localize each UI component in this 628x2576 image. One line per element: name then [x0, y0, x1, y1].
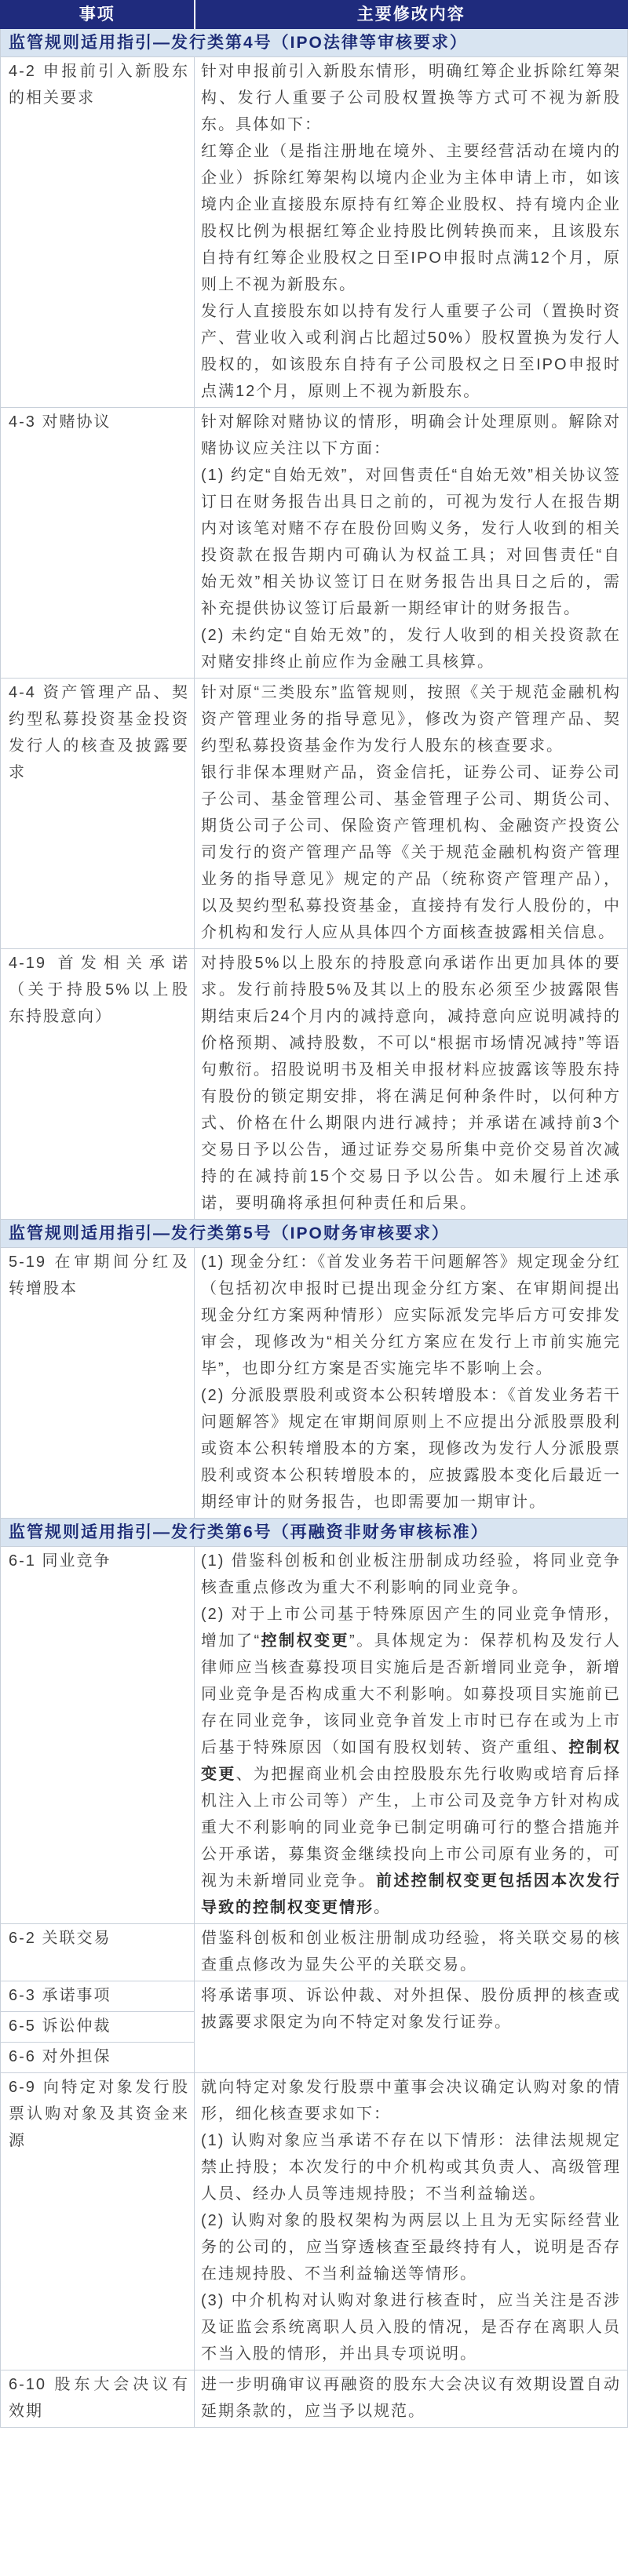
content-cell: 针对解除对赌协议的情形，明确会计处理原则。解除对赌协议应关注以下方面：(1) 约…: [195, 408, 628, 679]
content-paragraph: 针对申报前引入新股东情形，明确红筹企业拆除红筹架构、发行人重要子公司股权置换等方…: [201, 58, 621, 138]
item-cell: 4-2 申报前引入新股东的相关要求: [1, 57, 195, 408]
item-cell: 6-9 向特定对象发行股票认购对象及其资金来源: [1, 2073, 195, 2370]
content-cell: (1) 现金分红：《首发业务若干问题解答》规定现金分红（包括初次申报时已提出现金…: [195, 1248, 628, 1519]
item-cell: 6-5 诉讼仲裁: [1, 2012, 195, 2043]
item-cell: 5-19 在审期间分红及转增股本: [1, 1248, 195, 1519]
table-row: 6-2 关联交易借鉴科创板和创业板注册制成功经验，将关联交易的核查重点修改为显失…: [1, 1924, 628, 1981]
content-cell: 借鉴科创板和创业板注册制成功经验，将关联交易的核查重点修改为显失公平的关联交易。: [195, 1924, 628, 1981]
emphasis-text: 控制权变更: [201, 1739, 621, 1783]
item-cell: 4-19 首发相关承诺（关于持股5%以上股东持股意向）: [1, 949, 195, 1220]
table-row: 6-10 股东大会决议有效期进一步明确审议再融资的股东大会决议有效期设置自动延期…: [1, 2370, 628, 2428]
table-row: 6-3 承诺事项将承诺事项、诉讼仲裁、对外担保、股份质押的核查或披露要求限定为向…: [1, 1981, 628, 2012]
content-paragraph: (1) 现金分红：《首发业务若干问题解答》规定现金分红（包括初次申报时已提出现金…: [201, 1249, 621, 1382]
table-body: 监管规则适用指引—发行类第4号（IPO法律等审核要求）4-2 申报前引入新股东的…: [1, 29, 628, 2428]
content-paragraph: 就向特定对象发行股票中董事会决议确定认购对象的情形，细化核查要求如下：: [201, 2074, 621, 2127]
content-paragraph: 发行人直接股东如以持有发行人重要子公司（置换时资产、营业收入或利润占比超过50%…: [201, 298, 621, 405]
content-paragraph: 进一步明确审议再融资的股东大会决议有效期设置自动延期条款的，应当予以规范。: [201, 2371, 621, 2425]
item-cell: 6-2 关联交易: [1, 1924, 195, 1981]
content-paragraph: (2) 对于上市公司基于特殊原因产生的同业竞争情形，增加了“控制权变更”。具体规…: [201, 1601, 621, 1921]
content-paragraph: (1) 认购对象应当承诺不存在以下情形：法律法规规定禁止持股；本次发行的中介机构…: [201, 2127, 621, 2207]
column-header-content: 主要修改内容: [195, 1, 628, 29]
content-paragraph: 将承诺事项、诉讼仲裁、对外担保、股份质押的核查或披露要求限定为向不特定对象发行证…: [201, 1982, 621, 2036]
table-row: 4-19 首发相关承诺（关于持股5%以上股东持股意向）对持股5%以上股东的持股意…: [1, 949, 628, 1220]
content-paragraph: 借鉴科创板和创业板注册制成功经验，将关联交易的核查重点修改为显失公平的关联交易。: [201, 1925, 621, 1978]
content-paragraph: 针对解除对赌协议的情形，明确会计处理原则。解除对赌协议应关注以下方面：: [201, 409, 621, 462]
section-title: 监管规则适用指引—发行类第4号（IPO法律等审核要求）: [1, 29, 628, 57]
column-header-item: 事项: [1, 1, 195, 29]
table-row: 4-4 资产管理产品、契约型私募投资基金投资发行人的核查及披露要求针对原“三类股…: [1, 679, 628, 949]
content-paragraph: 针对原“三类股东”监管规则，按照《关于规范金融机构资产管理业务的指导意见》，修改…: [201, 679, 621, 759]
item-cell: 6-6 对外担保: [1, 2043, 195, 2073]
table-row: 5-19 在审期间分红及转增股本(1) 现金分红：《首发业务若干问题解答》规定现…: [1, 1248, 628, 1519]
table-row: 6-1 同业竞争(1) 借鉴科创板和创业板注册制成功经验，将同业竞争核查重点修改…: [1, 1547, 628, 1924]
section-header-row: 监管规则适用指引—发行类第4号（IPO法律等审核要求）: [1, 29, 628, 57]
item-cell: 6-10 股东大会决议有效期: [1, 2370, 195, 2428]
item-cell: 6-3 承诺事项: [1, 1981, 195, 2012]
content-paragraph: (2) 认购对象的股权架构为两层以上且为无实际经营业务的公司的，应当穿透核查至最…: [201, 2207, 621, 2287]
table-row: 6-9 向特定对象发行股票认购对象及其资金来源就向特定对象发行股票中董事会决议确…: [1, 2073, 628, 2370]
table-row: 4-2 申报前引入新股东的相关要求针对申报前引入新股东情形，明确红筹企业拆除红筹…: [1, 57, 628, 408]
section-header-row: 监管规则适用指引—发行类第5号（IPO财务审核要求）: [1, 1220, 628, 1248]
content-paragraph: (1) 借鉴科创板和创业板注册制成功经验，将同业竞争核查重点修改为重大不利影响的…: [201, 1548, 621, 1601]
content-cell: 对持股5%以上股东的持股意向承诺作出更加具体的要求。发行前持股5%及其以上的股东…: [195, 949, 628, 1220]
content-cell: 针对原“三类股东”监管规则，按照《关于规范金融机构资产管理业务的指导意见》，修改…: [195, 679, 628, 949]
section-header-row: 监管规则适用指引—发行类第6号（再融资非财务审核标准）: [1, 1519, 628, 1547]
content-paragraph: (2) 未约定“自始无效”的，发行人收到的相关投资款在对赌安排终止前应作为金融工…: [201, 622, 621, 675]
item-cell: 4-4 资产管理产品、契约型私募投资基金投资发行人的核查及披露要求: [1, 679, 195, 949]
section-title: 监管规则适用指引—发行类第6号（再融资非财务审核标准）: [1, 1519, 628, 1547]
content-paragraph: (2) 分派股票股利或资本公积转增股本：《首发业务若干问题解答》规定在审期间原则…: [201, 1382, 621, 1515]
content-paragraph: (3) 中介机构对认购对象进行核查时，应当关注是否涉及证监会系统离职人员入股的情…: [201, 2287, 621, 2367]
content-cell: 就向特定对象发行股票中董事会决议确定认购对象的情形，细化核查要求如下：(1) 认…: [195, 2073, 628, 2370]
section-title: 监管规则适用指引—发行类第5号（IPO财务审核要求）: [1, 1220, 628, 1248]
regulation-modification-table: 事项 主要修改内容 监管规则适用指引—发行类第4号（IPO法律等审核要求）4-2…: [0, 0, 628, 2428]
table-row: 4-3 对赌协议针对解除对赌协议的情形，明确会计处理原则。解除对赌协议应关注以下…: [1, 408, 628, 679]
item-cell: 4-3 对赌协议: [1, 408, 195, 679]
content-paragraph: (1) 约定“自始无效”，对回售责任“自始无效”相关协议签订日在财务报告出具日之…: [201, 462, 621, 622]
content-paragraph: 银行非保本理财产品，资金信托，证券公司、证券公司子公司、基金管理公司、基金管理子…: [201, 759, 621, 946]
content-paragraph: 对持股5%以上股东的持股意向承诺作出更加具体的要求。发行前持股5%及其以上的股东…: [201, 950, 621, 1217]
content-paragraph: 红筹企业（是指注册地在境外、主要经营活动在境内的企业）拆除红筹架构以境内企业为主…: [201, 138, 621, 298]
emphasis-text: 前述控制权变更包括因本次发行导致的控制权变更情形: [201, 1872, 621, 1916]
emphasis-text: 控制权变更: [261, 1632, 349, 1650]
content-cell: 进一步明确审议再融资的股东大会决议有效期设置自动延期条款的，应当予以规范。: [195, 2370, 628, 2428]
content-cell: (1) 借鉴科创板和创业板注册制成功经验，将同业竞争核查重点修改为重大不利影响的…: [195, 1547, 628, 1924]
item-cell: 6-1 同业竞争: [1, 1547, 195, 1924]
table-header-row: 事项 主要修改内容: [1, 1, 628, 29]
content-cell: 将承诺事项、诉讼仲裁、对外担保、股份质押的核查或披露要求限定为向不特定对象发行证…: [195, 1981, 628, 2073]
content-cell: 针对申报前引入新股东情形，明确红筹企业拆除红筹架构、发行人重要子公司股权置换等方…: [195, 57, 628, 408]
